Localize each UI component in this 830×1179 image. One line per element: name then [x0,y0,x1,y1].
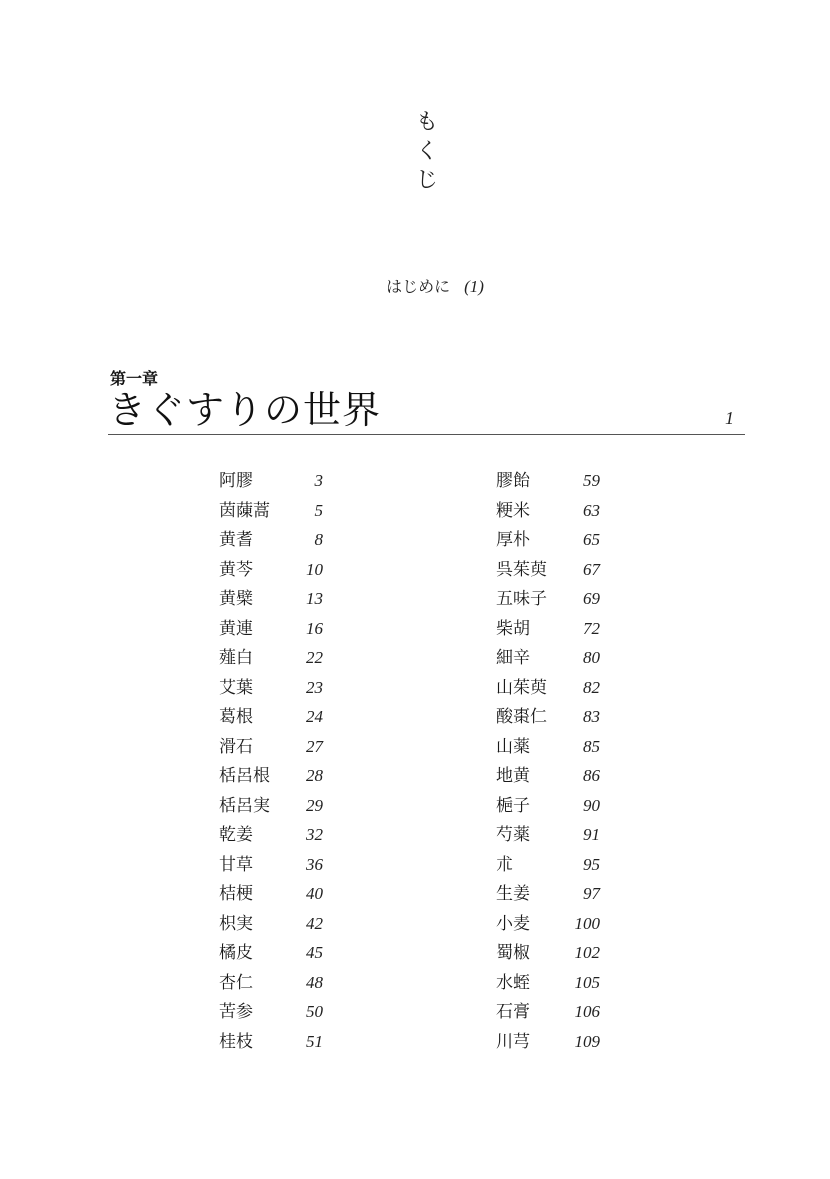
entry-page-number: 67 [583,560,600,580]
entry-page-number: 97 [583,884,600,904]
entry-page-number: 45 [306,943,323,963]
toc-entry[interactable]: 艾葉23 [219,673,323,703]
entry-name: 酸棗仁 [496,702,547,727]
entry-page-number: 42 [306,914,323,934]
entry-page-number: 85 [583,737,600,757]
chapter-title[interactable]: きぐすりの世界 [108,387,381,433]
entry-name: 薤白 [219,643,253,668]
entry-name: 石膏 [496,997,530,1022]
toc-entry[interactable]: 葛根24 [219,702,323,732]
entry-name: 杏仁 [219,968,253,993]
toc-entry[interactable]: 水蛭105 [496,968,600,998]
toc-entry[interactable]: 梔子90 [496,791,600,821]
toc-entry[interactable]: 黄耆8 [219,525,323,555]
toc-entry[interactable]: 桂枝51 [219,1027,323,1057]
chapter-number: 第一章 [110,366,158,389]
entry-page-number: 10 [306,560,323,580]
entry-name: 栝呂実 [219,791,270,816]
entry-page-number: 27 [306,737,323,757]
toc-entry[interactable]: 栝呂実29 [219,791,323,821]
entry-name: 桂枝 [219,1027,253,1052]
toc-entry[interactable]: 桔梗40 [219,879,323,909]
toc-entry[interactable]: 阿膠3 [219,466,323,496]
entry-name: 蜀椒 [496,938,530,963]
intro-label: はじめに [386,277,450,296]
entry-page-number: 69 [583,589,600,609]
entry-name: 地黄 [496,761,530,786]
entry-page-number: 22 [306,648,323,668]
toc-entry[interactable]: 小麦100 [496,909,600,939]
entry-page-number: 65 [583,530,600,550]
entry-name: 山薬 [496,732,530,757]
entry-page-number: 72 [583,619,600,639]
entry-name: 艾葉 [219,673,253,698]
entry-page-number: 5 [315,501,324,521]
toc-column-left: 阿膠3茵蔯蒿5黄耆8黄芩10黄檗13黄連16薤白22艾葉23葛根24滑石27栝呂… [219,466,323,1056]
entry-name: 梔子 [496,791,530,816]
entry-page-number: 91 [583,825,600,845]
entry-page-number: 13 [306,589,323,609]
toc-entry[interactable]: 山茱萸82 [496,673,600,703]
entry-name: 膠飴 [496,466,530,491]
entry-name: 朮 [496,850,513,875]
entry-page-number: 32 [306,825,323,845]
toc-entry[interactable]: 黄檗13 [219,584,323,614]
toc-entry[interactable]: 五味子69 [496,584,600,614]
entry-page-number: 24 [306,707,323,727]
entry-name: 葛根 [219,702,253,727]
entry-name: 黄耆 [219,525,253,550]
toc-entry[interactable]: 茵蔯蒿5 [219,496,323,526]
entry-page-number: 51 [306,1032,323,1052]
chapter-page-number: 1 [725,408,734,429]
entry-page-number: 48 [306,973,323,993]
entry-page-number: 105 [575,973,601,993]
entry-page-number: 82 [583,678,600,698]
entry-page-number: 28 [306,766,323,786]
entry-name: 五味子 [496,584,547,609]
toc-entry[interactable]: 粳米63 [496,496,600,526]
toc-entry[interactable]: 呉茱萸67 [496,555,600,585]
toc-title: も く じ [412,108,442,195]
toc-entry[interactable]: 生姜97 [496,879,600,909]
entry-page-number: 63 [583,501,600,521]
entry-page-number: 3 [315,471,324,491]
toc-title-char: じ [412,166,442,195]
entry-name: 黄芩 [219,555,253,580]
entry-name: 甘草 [219,850,253,875]
entry-page-number: 36 [306,855,323,875]
entry-name: 柴胡 [496,614,530,639]
entry-name: 橘皮 [219,938,253,963]
entry-name: 呉茱萸 [496,555,547,580]
toc-entry[interactable]: 酸棗仁83 [496,702,600,732]
entry-page-number: 100 [575,914,601,934]
toc-entry[interactable]: 細辛80 [496,643,600,673]
entry-page-number: 80 [583,648,600,668]
entry-page-number: 109 [575,1032,601,1052]
toc-entry[interactable]: 黄芩10 [219,555,323,585]
toc-entry[interactable]: 橘皮45 [219,938,323,968]
entry-name: 生姜 [496,879,530,904]
toc-entry[interactable]: 芍薬91 [496,820,600,850]
entry-page-number: 86 [583,766,600,786]
entry-name: 黄檗 [219,584,253,609]
entry-name: 苦参 [219,997,253,1022]
toc-entry[interactable]: 滑石27 [219,732,323,762]
entry-page-number: 23 [306,678,323,698]
chapter-divider [108,434,745,435]
toc-entry[interactable]: 苦参50 [219,997,323,1027]
entry-name: 芍薬 [496,820,530,845]
entry-page-number: 29 [306,796,323,816]
entry-page-number: 106 [575,1002,601,1022]
entry-page-number: 8 [315,530,324,550]
entry-name: 川芎 [496,1027,530,1052]
toc-entry[interactable]: 膠飴59 [496,466,600,496]
toc-entry[interactable]: 栝呂根28 [219,761,323,791]
entry-page-number: 102 [575,943,601,963]
toc-entry[interactable]: 薤白22 [219,643,323,673]
toc-entry[interactable]: 柴胡72 [496,614,600,644]
toc-entry[interactable]: 石膏106 [496,997,600,1027]
toc-entry[interactable]: 乾姜32 [219,820,323,850]
entry-page-number: 95 [583,855,600,875]
entry-page-number: 83 [583,707,600,727]
entry-page-number: 59 [583,471,600,491]
toc-entry[interactable]: 黄連16 [219,614,323,644]
entry-name: 滑石 [219,732,253,757]
toc-entry[interactable]: 川芎109 [496,1027,600,1057]
toc-title-char: も [412,108,442,137]
entry-name: 黄連 [219,614,253,639]
entry-name: 桔梗 [219,879,253,904]
entry-name: 茵蔯蒿 [219,496,270,521]
toc-entry-intro[interactable]: はじめに(1) [0,274,830,297]
toc-entry[interactable]: 杏仁48 [219,968,323,998]
toc-entry[interactable]: 蜀椒102 [496,938,600,968]
toc-entry[interactable]: 厚朴65 [496,525,600,555]
entry-name: 阿膠 [219,466,253,491]
entry-page-number: 90 [583,796,600,816]
entry-page-number: 40 [306,884,323,904]
toc-entry[interactable]: 地黄86 [496,761,600,791]
intro-page-number: (1) [464,277,484,296]
entry-name: 小麦 [496,909,530,934]
entry-name: 枳実 [219,909,253,934]
entry-page-number: 16 [306,619,323,639]
toc-column-right: 膠飴59粳米63厚朴65呉茱萸67五味子69柴胡72細辛80山茱萸82酸棗仁83… [496,466,600,1056]
toc-entry[interactable]: 朮95 [496,850,600,880]
toc-entry[interactable]: 枳実42 [219,909,323,939]
entry-name: 厚朴 [496,525,530,550]
entry-name: 粳米 [496,496,530,521]
entry-name: 細辛 [496,643,530,668]
toc-title-char: く [412,137,442,166]
entry-page-number: 50 [306,1002,323,1022]
toc-entry[interactable]: 山薬85 [496,732,600,762]
entry-name: 山茱萸 [496,673,547,698]
entry-name: 水蛭 [496,968,530,993]
entry-name: 乾姜 [219,820,253,845]
entry-name: 栝呂根 [219,761,270,786]
toc-entry[interactable]: 甘草36 [219,850,323,880]
